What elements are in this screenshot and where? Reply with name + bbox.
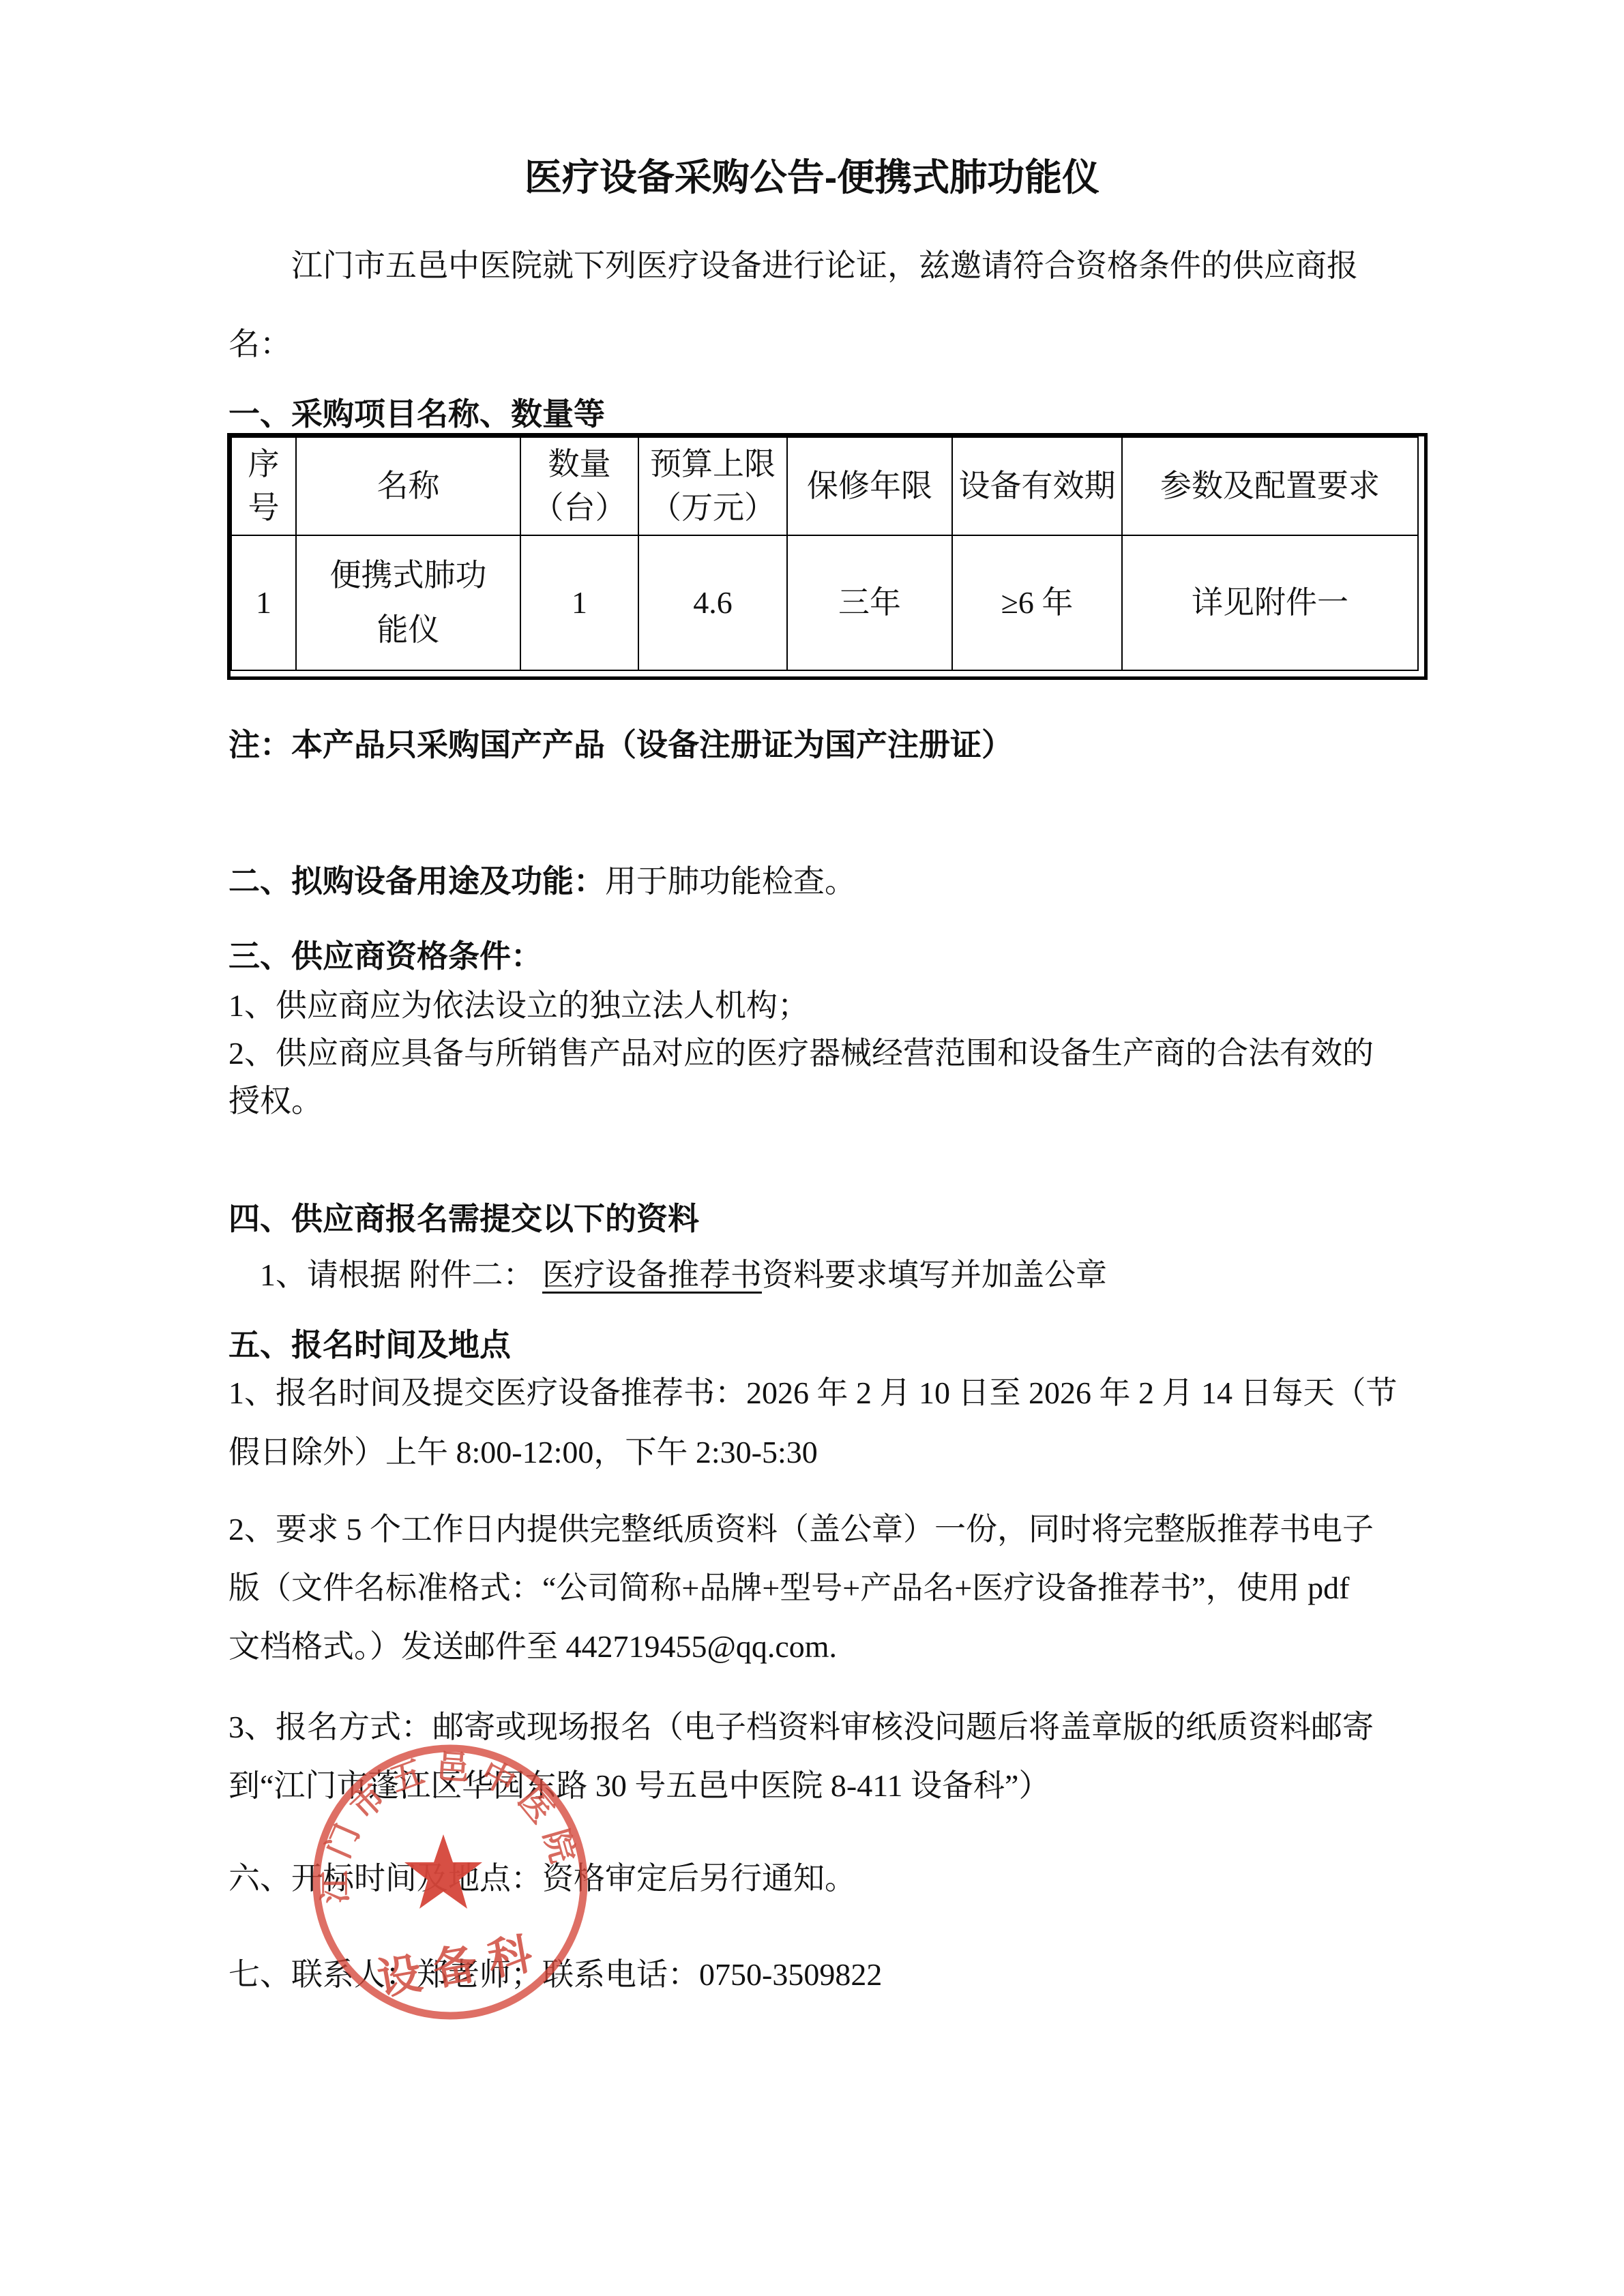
official-seal-stamp: 江门市五邑中医院 设备科: [300, 1735, 600, 2036]
header-seq: 序 号: [231, 437, 296, 535]
intro-line-1: 江门市五邑中医院就下列医疗设备进行论证，兹邀请符合资格条件的供应商报: [228, 245, 1453, 286]
header-qty: 数量 （台）: [520, 437, 638, 535]
cell-qty: 1: [520, 535, 638, 670]
section5-p1-line1: 1、报名时间及提交医疗设备推荐书：2026 年 2 月 10 日至 2026 年…: [228, 1373, 1453, 1414]
section1-heading: 一、采购项目名称、数量等: [228, 394, 1453, 435]
cell-params: 详见附件一: [1122, 535, 1418, 670]
table-data-row: 1 便携式肺功 能仪 1 4.6 三年 ≥6 年 详见附件一: [231, 535, 1418, 670]
procurement-table: 序 号 名称 数量 （台） 预算上限 （万元） 保修年限 设备有效期 参数及配置…: [231, 436, 1419, 671]
section4-item1: 1、请根据 附件二： 医疗设备推荐书资料要求填写并加盖公章: [228, 1255, 1453, 1296]
document-page: 医疗设备采购公告-便携式肺功能仪 江门市五邑中医院就下列医疗设备进行论证，兹邀请…: [0, 0, 1624, 2296]
cell-warranty: 三年: [787, 535, 952, 670]
section3-item2-line2: 授权。: [228, 1081, 1453, 1122]
section3-heading: 三、供应商资格条件：: [228, 936, 1453, 977]
cell-validity: ≥6 年: [952, 535, 1122, 670]
table-header-row: 序 号 名称 数量 （台） 预算上限 （万元） 保修年限 设备有效期 参数及配置…: [231, 437, 1418, 535]
section5-p1-line2: 假日除外）上午 8:00-12:00，下午 2:30-5:30: [228, 1432, 1453, 1473]
section2-content: 用于肺功能检查。: [605, 864, 856, 899]
section4-heading: 四、供应商报名需提交以下的资料: [228, 1199, 1453, 1240]
header-warranty: 保修年限: [787, 437, 952, 535]
section2-heading: 二、拟购设备用途及功能：: [228, 864, 605, 899]
section2-line: 二、拟购设备用途及功能：用于肺功能检查。: [228, 861, 1453, 902]
header-params: 参数及配置要求: [1122, 437, 1418, 535]
section4-item1-prefix: 1、请根据 附件二：: [260, 1257, 542, 1292]
intro-line-2: 名：: [228, 324, 1453, 365]
section3-item2-line1: 2、供应商应具备与所销售产品对应的医疗器械经营范围和设备生产商的合法有效的: [228, 1033, 1453, 1074]
header-name: 名称: [296, 437, 520, 535]
section4-item1-suffix: 资料要求填写并加盖公章: [762, 1257, 1107, 1292]
cell-budget: 4.6: [638, 535, 787, 670]
section5-p2-line2: 版（文件名标准格式：“公司简称+品牌+型号+产品名+医疗设备推荐书”，使用 pd…: [228, 1568, 1453, 1609]
stamp-star: [404, 1834, 482, 1909]
section5-heading: 五、报名时间及地点: [228, 1325, 1453, 1366]
section3-item1: 1、供应商应为依法设立的独立法人机构；: [228, 985, 1453, 1026]
section5-p2-line1: 2、要求 5 个工作日内提供完整纸质资料（盖公章）一份，同时将完整版推荐书电子: [228, 1509, 1453, 1550]
section1-note: 注：本产品只采购国产产品（设备注册证为国产注册证）: [228, 725, 1453, 766]
cell-seq: 1: [231, 535, 296, 670]
header-budget: 预算上限 （万元）: [638, 437, 787, 535]
attachment2-link[interactable]: 医疗设备推荐书: [542, 1257, 762, 1292]
section5-p2-line3: 文档格式。）发送邮件至 442719455@qq.com.: [228, 1626, 1453, 1667]
header-validity: 设备有效期: [952, 437, 1122, 535]
cell-name: 便携式肺功 能仪: [296, 535, 520, 670]
page-title: 医疗设备采购公告-便携式肺功能仪: [0, 153, 1624, 202]
